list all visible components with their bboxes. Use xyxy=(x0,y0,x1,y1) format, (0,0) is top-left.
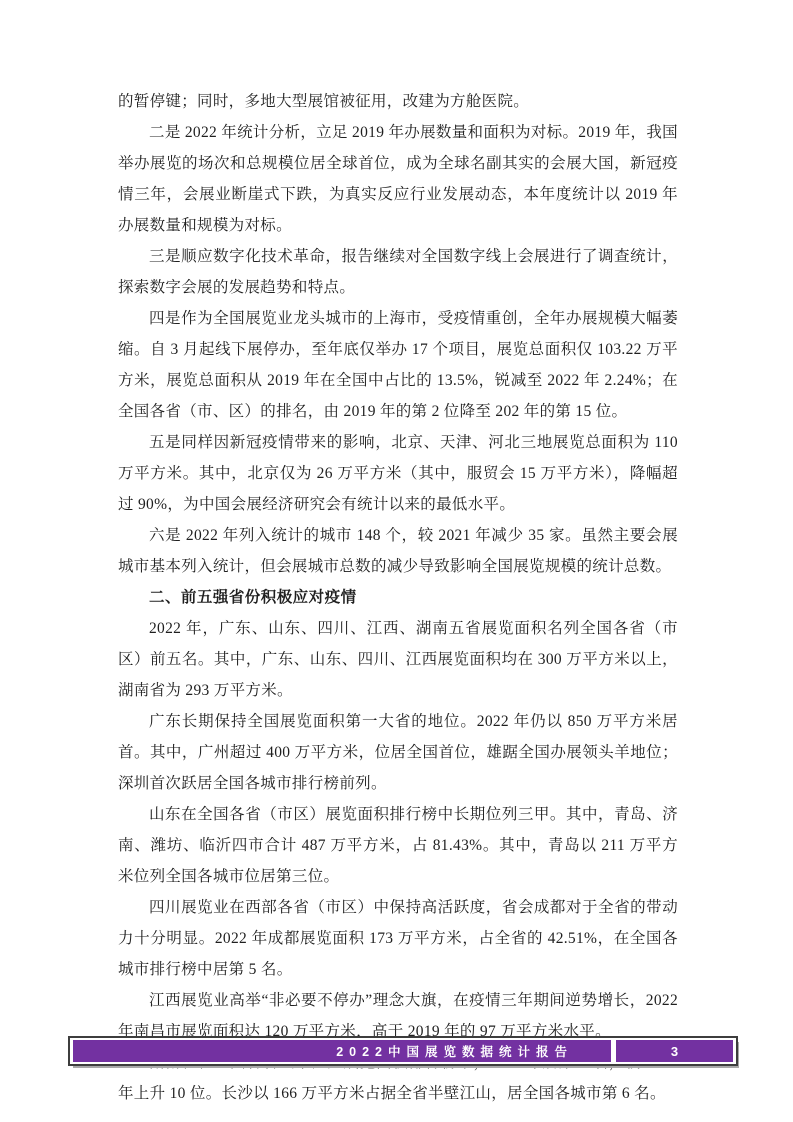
paragraph: 四是作为全国展览业龙头城市的上海市，受疫情重创，全年办展规模大幅萎缩。自 3 月… xyxy=(118,303,678,427)
paragraph: 三是顺应数字化技术革命，报告继续对全国数字线上会展进行了调查统计，探索数字会展的… xyxy=(118,241,678,303)
paragraph: 六是 2022 年列入统计的城市 148 个，较 2021 年减少 35 家。虽… xyxy=(118,520,678,582)
section-heading: 二、前五强省份积极应对疫情 xyxy=(118,582,678,613)
footer-title-bar: 2022中国展览数据统计报告 xyxy=(73,1040,611,1062)
paragraph: 二是 2022 年统计分析，立足 2019 年办展数量和面积为对标。2019 年… xyxy=(118,117,678,241)
footer-title: 2022中国展览数据统计报告 xyxy=(336,1042,573,1060)
page-footer: 2022中国展览数据统计报告 3 xyxy=(68,1036,738,1066)
paragraph: 山东在全国各省（市区）展览面积排行榜中长期位列三甲。其中，青岛、济南、潍坊、临沂… xyxy=(118,799,678,892)
paragraph: 四川展览业在西部各省（市区）中保持高活跃度，省会成都对于全省的带动力十分明显。2… xyxy=(118,892,678,985)
paragraph: 广东长期保持全国展览面积第一大省的地位。2022 年仍以 850 万平方米居首。… xyxy=(118,706,678,799)
footer-page-number: 3 xyxy=(671,1044,678,1059)
paragraph: 的暂停键；同时，多地大型展馆被征用，改建为方舱医院。 xyxy=(118,86,678,117)
paragraph: 五是同样因新冠疫情带来的影响，北京、天津、河北三地展览总面积为 110 万平方米… xyxy=(118,427,678,520)
paragraph: 2022 年，广东、山东、四川、江西、湖南五省展览面积名列全国各省（市区）前五名… xyxy=(118,613,678,706)
page-content: 的暂停键；同时，多地大型展馆被征用，改建为方舱医院。 二是 2022 年统计分析… xyxy=(118,86,678,1109)
document-page: 的暂停键；同时，多地大型展馆被征用，改建为方舱医院。 二是 2022 年统计分析… xyxy=(0,0,793,1122)
footer-page-cell: 3 xyxy=(616,1040,733,1062)
